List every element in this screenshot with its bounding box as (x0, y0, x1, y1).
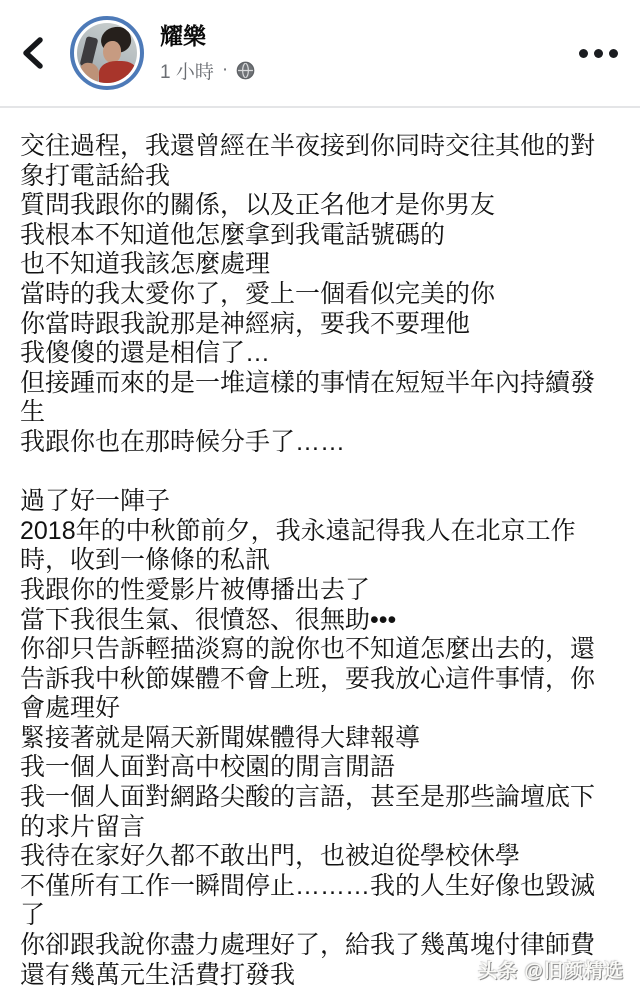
avatar-photo (77, 23, 137, 83)
profile-name[interactable]: 耀樂 (160, 23, 255, 49)
facebook-post-screen: 耀樂 1 小時 · 交往過程，我還曾經在半夜接到你同時交往其他的對 象打電話給我… (0, 0, 640, 993)
avatar[interactable] (70, 16, 144, 90)
globe-icon (236, 61, 255, 80)
header-text: 耀樂 1 小時 · (160, 23, 255, 84)
post-meta: 1 小時 · (160, 57, 255, 84)
meta-separator: · (222, 59, 228, 81)
timestamp: 1 小時 (160, 57, 214, 84)
back-button[interactable] (10, 31, 54, 75)
more-options-button[interactable] (575, 39, 622, 68)
watermark: 头条 @旧颜精选 (478, 956, 624, 983)
ellipsis-menu-icon (579, 49, 618, 58)
chevron-left-icon (19, 35, 45, 71)
post-header: 耀樂 1 小時 · (0, 0, 640, 106)
post-body-text: 交往過程，我還曾經在半夜接到你同時交往其他的對 象打電話給我 質問我跟你的關係，… (0, 108, 640, 990)
